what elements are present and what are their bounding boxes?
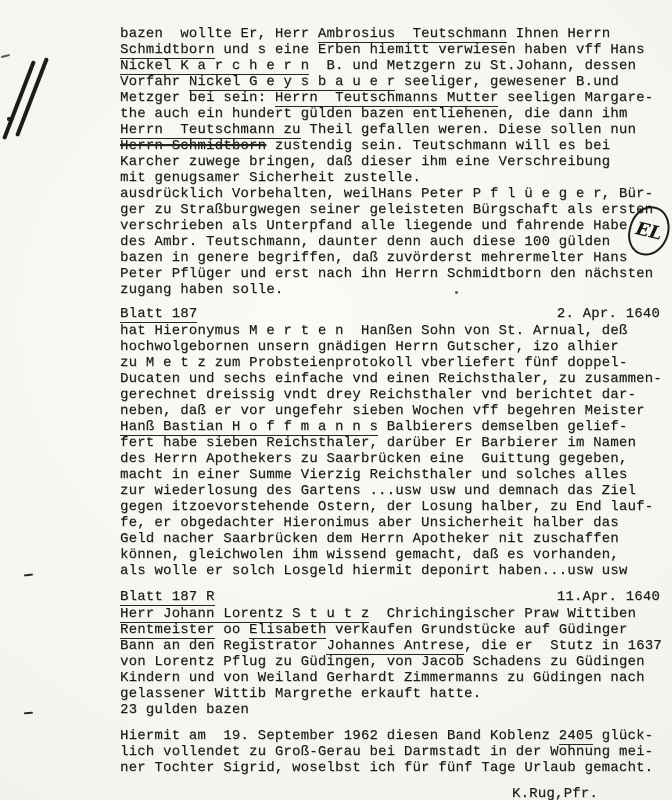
text-segment: seeligen Margare- <box>498 90 653 106</box>
text-segment: verkaufen Grundstücke auf Güdinger <box>326 622 627 638</box>
underlined-name: Herrn Teutschmann zu <box>120 122 301 139</box>
paragraph-teutschmann: bazen wollte Er, Herr Ambrosius Teutschm… <box>120 26 660 298</box>
text-segment: bazen wollte Er, Herr <box>120 26 318 42</box>
text-line: des Herrn Apothekers zu Saarbrücken eine… <box>120 451 660 467</box>
text-segment: ausdrücklich Vorbehalten, weilHans Peter… <box>120 186 653 202</box>
text-segment: Chrichingischer Praw Wittiben <box>369 606 636 622</box>
text-line: Herr Johann Lorentz S t u t z Chrichingi… <box>120 606 660 622</box>
text-segment: Karcher zuwege bringen, daß dieser ihm e… <box>120 154 610 170</box>
text-line: von Lorentz Pflug zu Güdingen, von Jacob… <box>120 654 660 670</box>
text-line: Metzger bei sein: Herrn Teutschmanns Mut… <box>120 90 660 106</box>
text-segment: des Herrn Apothekers zu Saarbrücken eine… <box>120 451 627 467</box>
text-line: fe, er obgedachter Hieronimus aber Unsic… <box>120 515 660 531</box>
underlined-name: Rentmeister <box>120 622 215 639</box>
text-line: Herrn Schmidtborn zustendig sein. Teutsc… <box>120 138 660 154</box>
entry-header-label: Blatt 187 R <box>120 589 215 606</box>
text-line: ner Tochter Sigrid, woselbst ich für fün… <box>120 760 660 776</box>
text-line: Geld nacher Saarbrücken dem Herrn Apothe… <box>120 531 660 547</box>
text-segment: Geld nacher Saarbrücken dem Herrn Apothe… <box>120 531 619 547</box>
text-segment: Peter Pflüger und erst nach ihn Herrn Sc… <box>120 266 653 282</box>
text-line: zu M e t z zum Probsteienprotokoll vberl… <box>120 355 660 371</box>
text-line: ausdrücklich Vorbehalten, weilHans Peter… <box>120 186 660 202</box>
text-segment: bazen in genere begriffen, daß zuvörders… <box>120 250 627 266</box>
text-segment: Metzger bei sein: <box>120 90 275 106</box>
text-line: Schmidtborn und s eine Erben hiemitt ver… <box>120 42 660 58</box>
text-segment: als wolle er solch Losgeld hiermit depon… <box>120 563 627 579</box>
text-segment: B. und Metzgern zu St.Johann, dessen <box>309 58 636 74</box>
text-line: gegen itzoevorstehende Ostern, der Losun… <box>120 499 660 515</box>
text-line: Kindern und von Weiland Gerhardt Zimmerm… <box>120 670 660 686</box>
text-segment: können, gleichwolen ihm wissend gemacht,… <box>120 547 619 563</box>
underlined-name: Nickel G e y s b a u e r <box>189 74 395 91</box>
entry-blatt-187: Blatt 1872. Apr. 1640hat Hieronymus M e … <box>120 306 660 579</box>
text-segment: lich vollendet zu Groß-Gerau bei Darmsta… <box>120 744 653 760</box>
text-segment: ger zu Straßburgwegen seiner geleisteten… <box>120 202 653 218</box>
text-segment: fe, er obgedachter Hieronimus aber Unsic… <box>120 515 619 531</box>
text-segment: zu M e t z zum Probsteienprotokoll vberl… <box>120 355 627 371</box>
entry-header: Blatt 187 R11.Apr. 1640 <box>120 589 660 606</box>
entry-date: 11.Apr. 1640 <box>557 589 660 606</box>
text-segment: glück- <box>593 728 653 744</box>
text-segment: zugang haben solle. <box>120 282 283 298</box>
text-line: macht in einer Summe Vierzig Reichsthale… <box>120 467 660 483</box>
text-segment: zustendig sein. Teutschmann will es bei <box>266 138 610 154</box>
text-line: neben, daß er vor ungefehr sieben Wochen… <box>120 403 660 419</box>
underlined-name: Johannes Antrese <box>326 638 464 655</box>
document-blocks: bazen wollte Er, Herr Ambrosius Teutschm… <box>120 26 660 776</box>
text-segment: 23 gulden bazen <box>120 702 249 718</box>
text-line: zur wiederlosung des Gartens ...usw usw … <box>120 483 660 499</box>
text-line: hat Hieronymus M e r t e n Hanßen Sohn v… <box>120 323 660 339</box>
text-line: zugang haben solle. <box>120 282 660 298</box>
underlined-name: Schmidtborn <box>120 42 215 59</box>
text-line: Bann an den Registrator Johannes Antrese… <box>120 638 660 654</box>
text-segment: gegen itzoevorstehende Ostern, der Losun… <box>120 499 653 515</box>
entry-blatt-187r: Blatt 187 R11.Apr. 1640Herr Johann Loren… <box>120 589 660 718</box>
text-line: Rentmeister oo Elisabeth verkaufen Grund… <box>120 622 660 638</box>
underlined-name: Nickel K a r c h e r n <box>120 58 309 75</box>
text-segment: fert habe sieben Reichsthaler, darüber E… <box>120 435 636 451</box>
text-segment: Ducaten und sechs einfache vnd einen Rei… <box>120 371 662 387</box>
text-line: Herrn Teutschmann zu Theil gefallen were… <box>120 122 660 138</box>
underlined-name: 2405 <box>559 728 593 745</box>
text-segment: Hiermit am 19. September 1962 diesen Ban… <box>120 728 559 744</box>
document-page: bazen wollte Er, Herr Ambrosius Teutschm… <box>0 0 672 800</box>
text-line: Vorfahr Nickel G e y s b a u e r seelige… <box>120 74 660 90</box>
entry-header-label: Blatt 187 <box>120 306 197 323</box>
text-segment: macht in einer Summe Vierzig Reichsthale… <box>120 467 627 483</box>
text-segment: Kindern und von Weiland Gerhardt Zimmerm… <box>120 670 645 686</box>
text-line: Hanß Bastian H o f f m a n n s Balbierer… <box>120 419 660 435</box>
underlined-name: Ambrosius Teutschmann <box>318 26 507 43</box>
underlined-name: Elisabeth <box>249 622 326 639</box>
text-segment: Balbierers demselben gelief- <box>378 419 627 435</box>
text-line: als wolle er solch Losgeld hiermit depon… <box>120 563 660 579</box>
text-segment: gerechnet dreissig vndt drey Reichsthale… <box>120 387 636 403</box>
text-segment: gelassener Wittib Margrethe erkauft hatt… <box>120 686 481 702</box>
text-segment: hat Hieronymus M e r t e n Hanßen Sohn v… <box>120 323 627 339</box>
entry-date: 2. Apr. 1640 <box>557 306 660 323</box>
text-line: 23 gulden bazen <box>120 702 660 718</box>
text-line: mit genugsamer Sicherheit zustelle. <box>120 170 660 186</box>
text-line: ger zu Straßburgwegen seiner geleisteten… <box>120 202 660 218</box>
text-segment: Bann an den Registrator <box>120 638 326 654</box>
text-line: bazen wollte Er, Herr Ambrosius Teutschm… <box>120 26 660 42</box>
text-segment: mit genugsamer Sicherheit zustelle. <box>120 170 421 186</box>
text-segment: und s eine Erben hiemitt verwiesen haben… <box>215 42 645 58</box>
text-line: gerechnet dreissig vndt drey Reichsthale… <box>120 387 660 403</box>
text-segment: the auch ein hundert gülden bazen entlie… <box>120 106 627 122</box>
text-line: lich vollendet zu Groß-Gerau bei Darmsta… <box>120 744 660 760</box>
text-segment: verschrieben als Unterpfand alle liegend… <box>120 218 627 234</box>
struck-text: Herrn Schmidtborn <box>120 138 266 154</box>
text-line: Hiermit am 19. September 1962 diesen Ban… <box>120 728 660 744</box>
underlined-name: Herr Johann Lorentz S t u t z <box>120 606 369 623</box>
underlined-name: Herrn Teutschmanns Mutter <box>275 90 499 107</box>
entry-header: Blatt 1872. Apr. 1640 <box>120 306 660 323</box>
text-line: des Ambr. Teutschmann, daunter denn auch… <box>120 234 660 250</box>
text-segment: oo <box>215 622 249 638</box>
text-segment: neben, daß er vor ungefehr sieben Wochen… <box>120 403 645 419</box>
colophon: Hiermit am 19. September 1962 diesen Ban… <box>120 728 660 776</box>
signature: K.Rug,Pfr. <box>120 786 660 800</box>
text-line: the auch ein hundert gülden bazen entlie… <box>120 106 660 122</box>
text-segment: zur wiederlosung des Gartens ...usw usw … <box>120 483 636 499</box>
underlined-name: Hanß Bastian H o f f m a n n s <box>120 419 378 436</box>
text-segment: seeliger, gewesener B.und <box>395 74 619 90</box>
text-line: Peter Pflüger und erst nach ihn Herrn Sc… <box>120 266 660 282</box>
text-line: verschrieben als Unterpfand alle liegend… <box>120 218 660 234</box>
scanned-typewritten-page: { "page": { "paper_color": "#f8f7f2", "i… <box>0 0 672 800</box>
text-line: bazen in genere begriffen, daß zuvörders… <box>120 250 660 266</box>
text-segment: ner Tochter Sigrid, woselbst ich für fün… <box>120 760 653 776</box>
text-line: Karcher zuwege bringen, daß dieser ihm e… <box>120 154 660 170</box>
text-segment: Theil gefallen weren. Diese sollen nun <box>301 122 636 138</box>
text-line: Ducaten und sechs einfache vnd einen Rei… <box>120 371 660 387</box>
text-segment: Ihnen Herrn <box>507 26 610 42</box>
text-line: fert habe sieben Reichsthaler, darüber E… <box>120 435 660 451</box>
text-line: können, gleichwolen ihm wissend gemacht,… <box>120 547 660 563</box>
text-segment: Vorfahr <box>120 74 189 90</box>
text-line: gelassener Wittib Margrethe erkauft hatt… <box>120 686 660 702</box>
text-segment: hochwolgebornen unsern gnädigen Herrn Gu… <box>120 339 619 355</box>
text-segment: , die er Stutz in 1637 <box>464 638 662 654</box>
text-line: hochwolgebornen unsern gnädigen Herrn Gu… <box>120 339 660 355</box>
text-segment: des Ambr. Teutschmann, daunter denn auch… <box>120 234 610 250</box>
text-segment: von Lorentz Pflug zu Güdingen, von Jacob… <box>120 654 645 670</box>
text-line: Nickel K a r c h e r n B. und Metzgern z… <box>120 58 660 74</box>
